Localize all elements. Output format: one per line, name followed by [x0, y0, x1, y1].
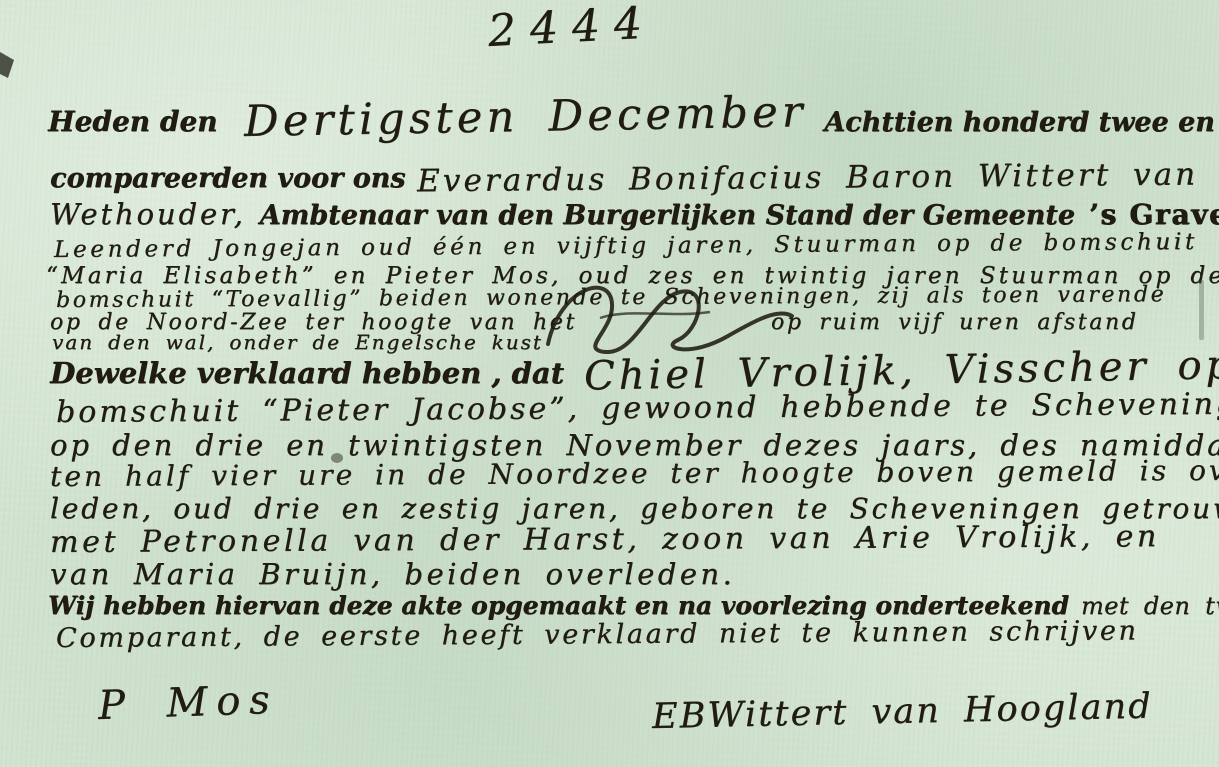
- line-witness-1: Leenderd Jongejan oud één en vijftig jar…: [54, 230, 1198, 263]
- blackletter-gravenhage: ’s Gravenhage: [1089, 200, 1219, 231]
- line-death-6: van Maria Bruijn, beiden overleden.: [50, 559, 735, 591]
- line-witness-3: bomschuit “Toevallig” beiden wonende te …: [56, 283, 1166, 313]
- line-death-3: ten half vier ure in de Noordzee ter hoo…: [50, 456, 1219, 493]
- handwritten-afstand: op ruim vijf uren afstand: [771, 311, 1139, 335]
- line-death-1: bomschuit “Pieter Jacobse”, gewoond hebb…: [56, 387, 1219, 429]
- line-death-5: met Petronella van der Harst, zoon van A…: [50, 520, 1160, 559]
- handwritten-wethouder: Wethouder,: [50, 199, 246, 231]
- printed-closing: Wij hebben hiervan deze akte opgemaakt e…: [48, 592, 1069, 620]
- act-number: 2444: [487, 0, 657, 56]
- printed-compareerden: compareerden voor ons: [50, 164, 405, 194]
- line-date: Heden den Dertigsten December Achttien h…: [48, 94, 1219, 141]
- line-declaration: Dewelke verklaard hebben , dat Chiel Vro…: [50, 348, 1219, 392]
- line-official-title: Wethouder, Ambtenaar van den Burgerlijke…: [50, 199, 1219, 231]
- death-certificate-scan: 2444 Heden den Dertigsten December Achtt…: [0, 0, 1219, 767]
- printed-heden-den: Heden den: [48, 107, 218, 138]
- printed-ambtenaar: Ambtenaar van den Burgerlijken Stand der…: [260, 201, 1075, 231]
- line-closing-2: Comparant, de eerste heeft verklaard nie…: [56, 616, 1139, 653]
- signature-official: EBWittert van Hoogland: [652, 688, 1153, 737]
- signature-p-mos: P Mos: [97, 678, 279, 728]
- handwritten-date: Dertigsten December: [243, 89, 806, 146]
- line-comparanten: compareerden voor ons Everardus Bonifaci…: [50, 160, 1219, 194]
- printed-dewelke: Dewelke verklaard hebben , dat: [50, 358, 564, 390]
- handwritten-official-name: Everardus Bonifacius Baron Wittert van H…: [417, 156, 1219, 199]
- scan-edge-mark: [0, 52, 18, 78]
- printed-year: Achttien honderd twee en zeventig ,: [824, 108, 1219, 138]
